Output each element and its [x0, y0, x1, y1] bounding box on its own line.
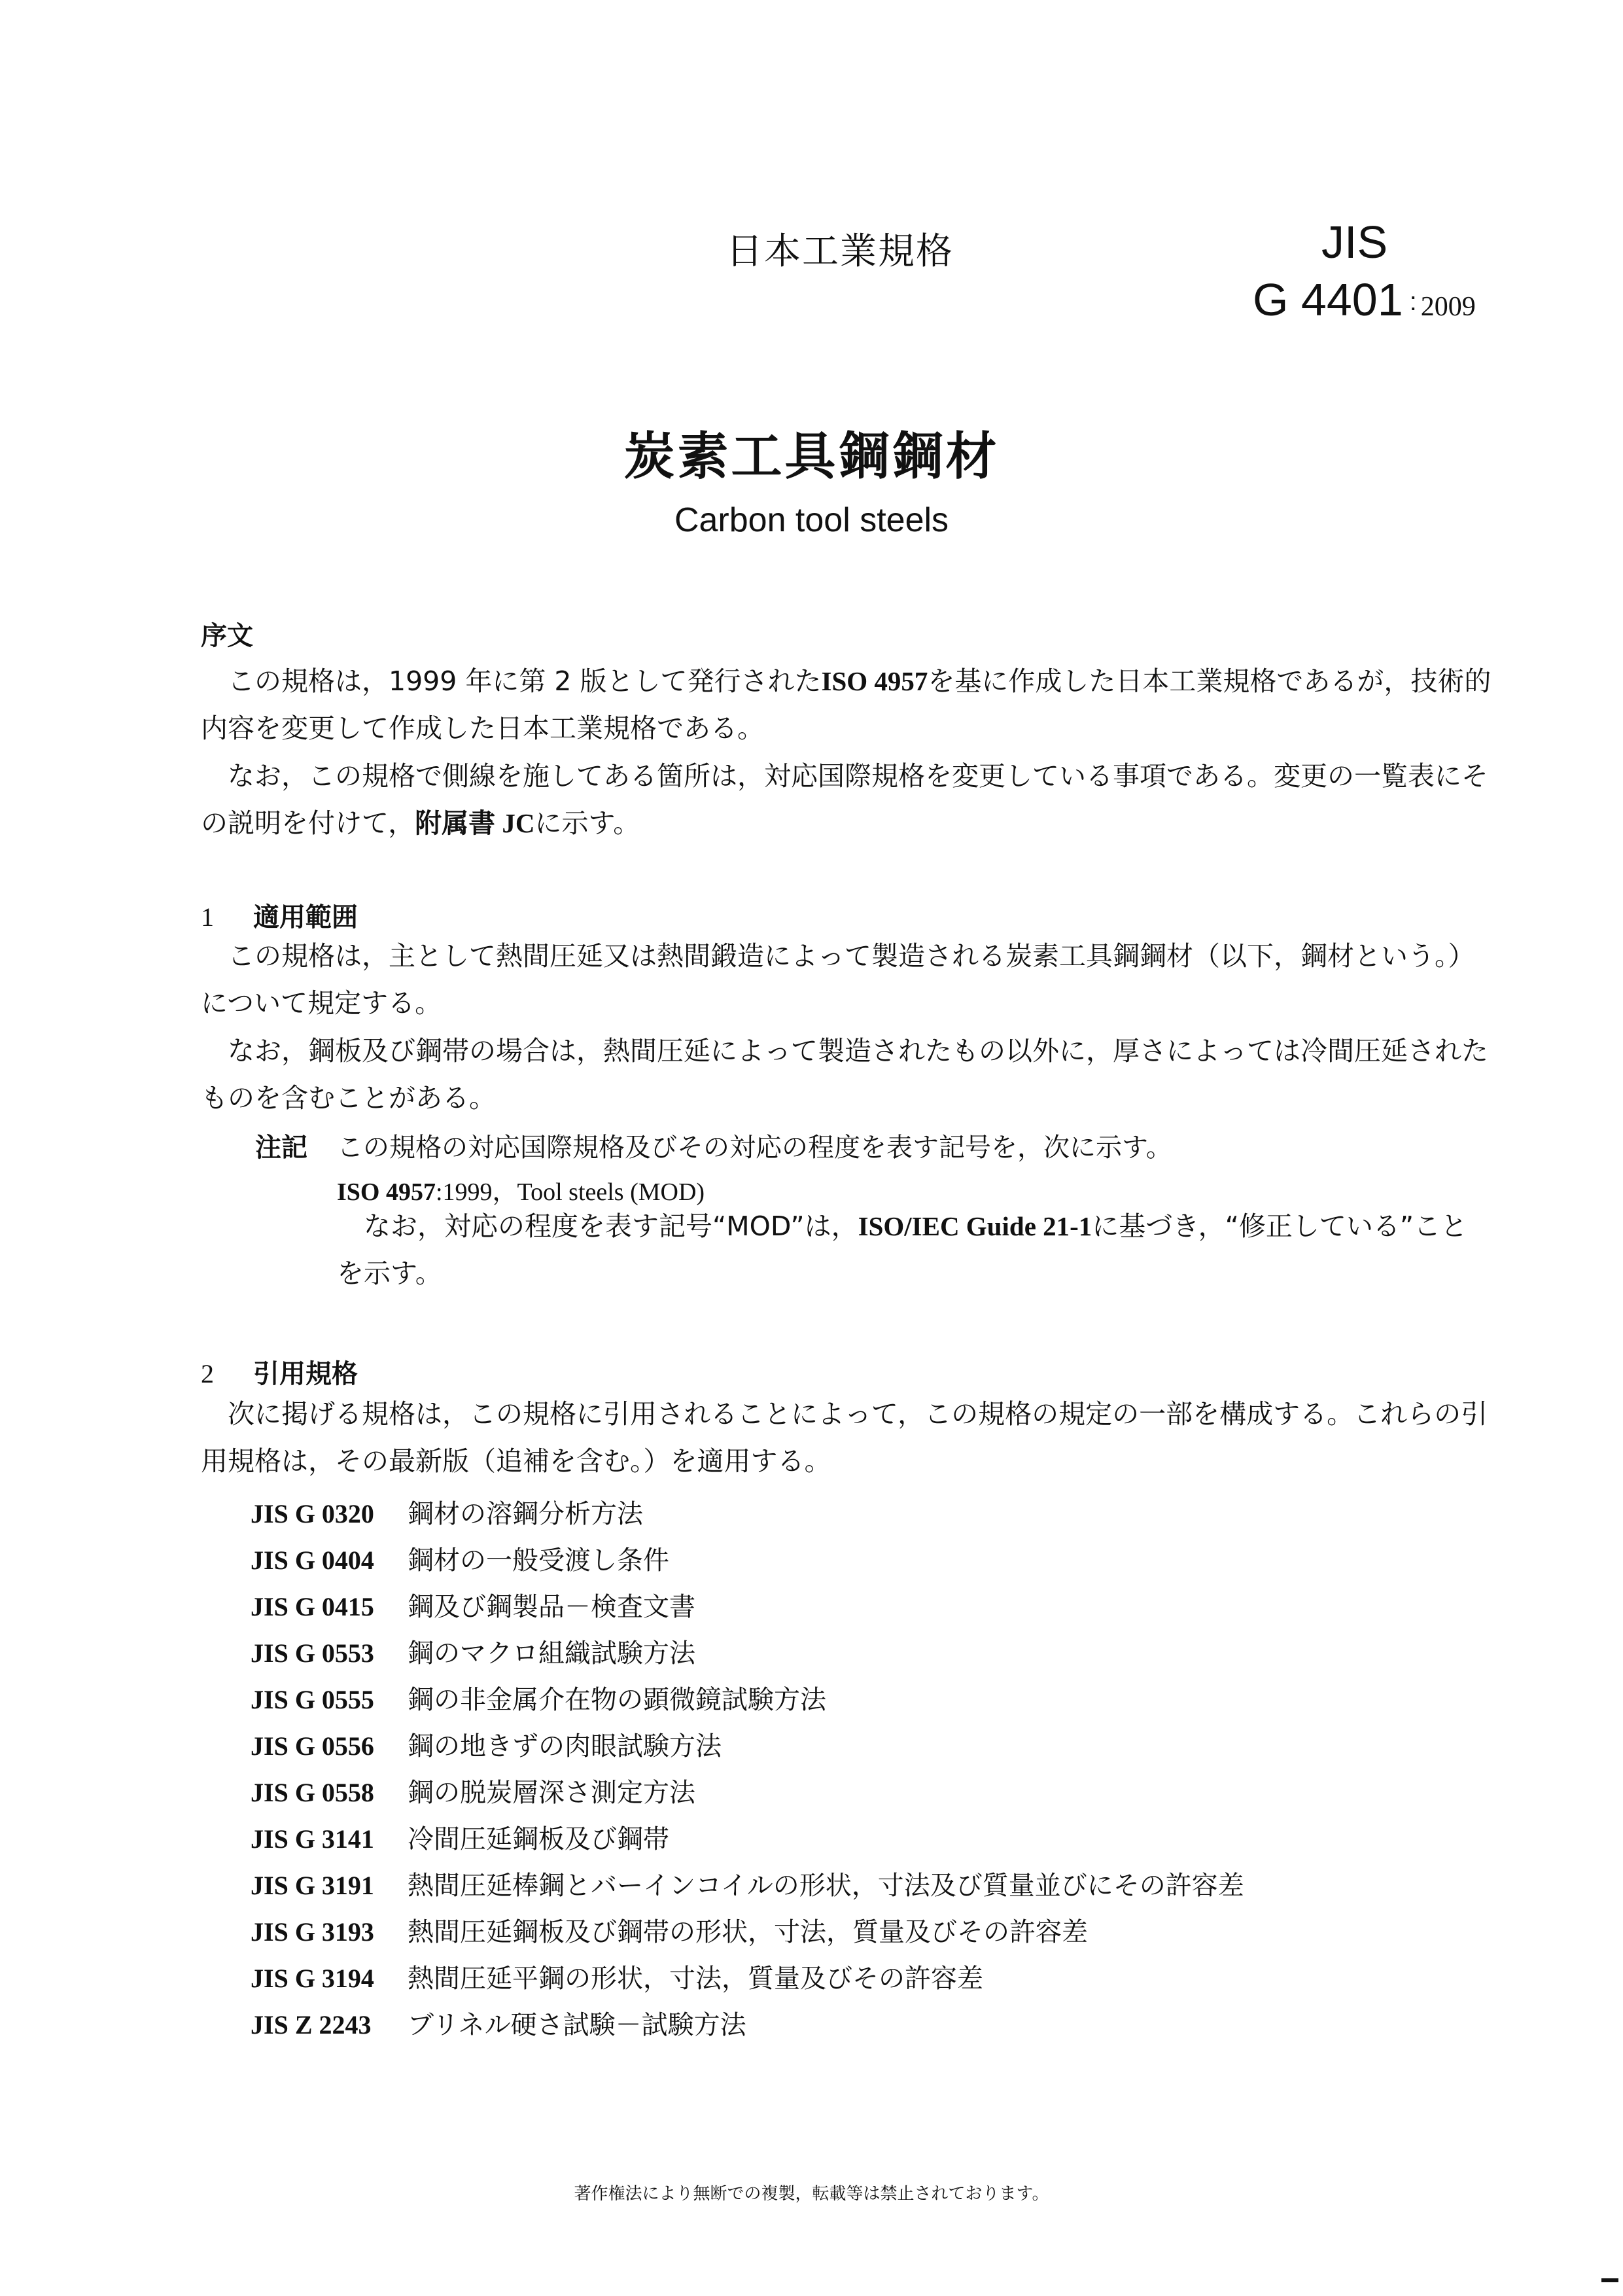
reference-item: JIS Z 2243ブリネル硬さ試験－試験方法 [251, 2004, 746, 2041]
foreword-text: に示す。 [535, 807, 640, 839]
reference-code: JIS G 0553 [251, 1638, 408, 1669]
reference-code: JIS G 3191 [251, 1870, 408, 1901]
reference-title: 鋼及び鋼製品－検査文書 [408, 1592, 695, 1622]
normative-references-paragraph: 次に掲げる規格は，この規格に引用されることによって，この規格の規定の一部を構成す… [201, 1390, 1496, 1485]
section-number: 2 [201, 1358, 253, 1389]
reference-title: 冷間圧延鋼板及び鋼帯 [408, 1824, 669, 1854]
foreword-text: この規格は，1999 年に第 2 版として発行された [228, 665, 822, 697]
reference-title: 鋼材の一般受渡し条件 [408, 1545, 669, 1576]
foreword-heading: 序文 [201, 615, 253, 652]
jis-mark: JIS [1321, 216, 1387, 268]
foreword-paragraph-2: なお，この規格で側線を施してある箇所は，対応国際規格を変更している事項である。変… [201, 752, 1496, 847]
reference-title: 鋼の非金属介在物の顕微鏡試験方法 [408, 1685, 826, 1715]
reference-code: JIS G 3194 [251, 1963, 408, 1994]
note-text: なお，対応の程度を表す記号“MOD”は， [364, 1210, 858, 1242]
reference-code: JIS G 3141 [251, 1824, 408, 1854]
standard-number: G 4401:2009 [1253, 274, 1476, 326]
reference-item: JIS G 0415鋼及び鋼製品－検査文書 [251, 1586, 695, 1623]
page-edge-mark [1601, 2278, 1618, 2282]
standard-label: 日本工業規格 [726, 222, 954, 275]
reference-item: JIS G 3193熱間圧延鋼板及び鋼帯の形状，寸法，質量及びその許容差 [251, 1911, 1088, 1949]
reference-title: 鋼のマクロ組織試験方法 [408, 1638, 695, 1669]
reference-item: JIS G 0320鋼材の溶鋼分析方法 [251, 1493, 643, 1530]
reference-code: JIS G 3193 [251, 1916, 408, 1947]
reference-code: JIS G 0415 [251, 1591, 408, 1622]
guide-reference: ISO/IEC Guide 21-1 [858, 1211, 1092, 1241]
copyright-notice: 著作権法により無断での複製，転載等は禁止されております。 [0, 2180, 1623, 2204]
reference-item: JIS G 3194熱間圧延平鋼の形状，寸法，質量及びその許容差 [251, 1958, 983, 1995]
iso-reference: ISO 4957 [822, 666, 928, 696]
foreword-paragraph-1: この規格は，1999 年に第 2 版として発行されたISO 4957を基に作成し… [201, 658, 1496, 752]
reference-title: 鋼の脱炭層深さ測定方法 [408, 1778, 695, 1808]
iso-code: ISO 4957 [337, 1178, 436, 1206]
reference-item: JIS G 0556鋼の地きずの肉眼試験方法 [251, 1725, 722, 1763]
note-label: 注記 [255, 1127, 337, 1164]
code-separator: : [1410, 287, 1417, 316]
reference-title: 熱間圧延平鋼の形状，寸法，質量及びその許容差 [408, 1964, 983, 1994]
reference-code: JIS G 0556 [251, 1731, 408, 1761]
note-text: この規格の対応国際規格及びその対応の程度を表す記号を，次に示す。 [337, 1133, 1172, 1163]
standard-year: 2009 [1421, 292, 1476, 322]
note: 注記この規格の対応国際規格及びその対応の程度を表す記号を，次に示す。 [255, 1127, 1172, 1164]
reference-code: JIS G 0558 [251, 1777, 408, 1808]
section-title: 引用規格 [253, 1359, 358, 1389]
section-number: 1 [201, 902, 253, 932]
note-paragraph: なお，対応の程度を表す記号“MOD”は，ISO/IEC Guide 21-1に基… [337, 1203, 1475, 1297]
note-iso-reference: ISO 4957:1999，Tool steels (MOD) [337, 1171, 705, 1207]
reference-title: 熱間圧延棒鋼とバーインコイルの形状，寸法及び質量並びにその許容差 [408, 1871, 1244, 1901]
reference-code: JIS G 0320 [251, 1498, 408, 1529]
reference-item: JIS G 0555鋼の非金属介在物の顕微鏡試験方法 [251, 1679, 826, 1716]
section-1-heading: 1適用範囲 [201, 896, 358, 934]
iso-details: :1999，Tool steels (MOD) [436, 1178, 705, 1206]
reference-item: JIS G 0404鋼材の一般受渡し条件 [251, 1540, 669, 1577]
section-title: 適用範囲 [253, 902, 358, 932]
section-2-heading: 2引用規格 [201, 1353, 358, 1390]
scope-paragraph-1: この規格は，主として熱間圧延又は熱間鍛造によって製造される炭素工具鋼鋼材（以下，… [201, 932, 1496, 1027]
annex-reference: 附属書 JC [415, 808, 534, 838]
document-title-english: Carbon tool steels [0, 501, 1623, 540]
document-title-japanese: 炭素工具鋼鋼材 [0, 415, 1623, 489]
standard-code: G 4401 [1253, 274, 1403, 325]
foreword-text: なお，この規格で側線を施してある箇所は，対応国際規格を変更している事項である。変… [201, 760, 1488, 839]
reference-title: ブリネル硬さ試験－試験方法 [408, 2010, 746, 2040]
reference-code: JIS G 0555 [251, 1684, 408, 1715]
reference-code: JIS Z 2243 [251, 2009, 408, 2040]
reference-item: JIS G 3141冷間圧延鋼板及び鋼帯 [251, 1818, 669, 1856]
reference-title: 鋼材の溶鋼分析方法 [408, 1499, 643, 1529]
reference-code: JIS G 0404 [251, 1545, 408, 1576]
reference-item: JIS G 0553鋼のマクロ組織試験方法 [251, 1633, 695, 1670]
reference-title: 鋼の地きずの肉眼試験方法 [408, 1731, 722, 1761]
scope-paragraph-2: なお，鋼板及び鋼帯の場合は，熱間圧延によって製造されたもの以外に，厚さによっては… [201, 1027, 1496, 1122]
reference-title: 熱間圧延鋼板及び鋼帯の形状，寸法，質量及びその許容差 [408, 1917, 1088, 1947]
reference-item: JIS G 0558鋼の脱炭層深さ測定方法 [251, 1772, 695, 1809]
reference-item: JIS G 3191熱間圧延棒鋼とバーインコイルの形状，寸法及び質量並びにその許… [251, 1865, 1244, 1902]
